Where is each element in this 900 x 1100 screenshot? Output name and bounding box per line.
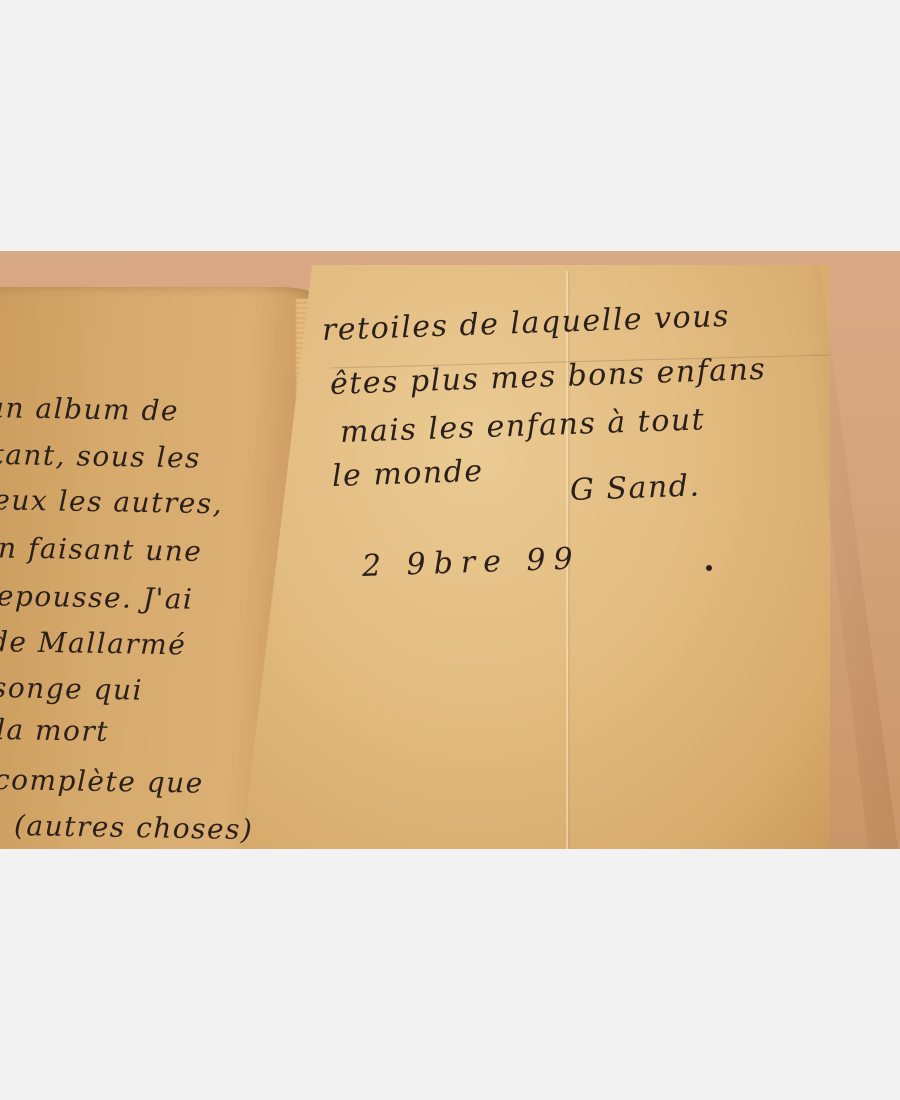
left-line-9: complète que — [0, 763, 204, 800]
left-line-8: la mort — [0, 713, 109, 748]
left-line-6: de Mallarmé — [0, 625, 187, 661]
letter-photograph: retoiles de laquelle vous êtes plus mes … — [0, 251, 900, 849]
left-line-4: en faisant une — [0, 531, 203, 568]
ink-dot — [706, 565, 712, 571]
left-line-5: repousse. J'ai — [0, 579, 194, 616]
left-line-2: partant, sous les — [0, 437, 201, 475]
letter-line-4: le monde — [331, 454, 484, 494]
left-line-10: (autres choses) — [14, 809, 254, 846]
signature: G Sand. — [569, 468, 701, 508]
left-line-7: songe qui — [0, 671, 143, 707]
left-line-1: un album de — [0, 391, 179, 427]
left-line-3: yeux les autres, — [0, 483, 223, 520]
